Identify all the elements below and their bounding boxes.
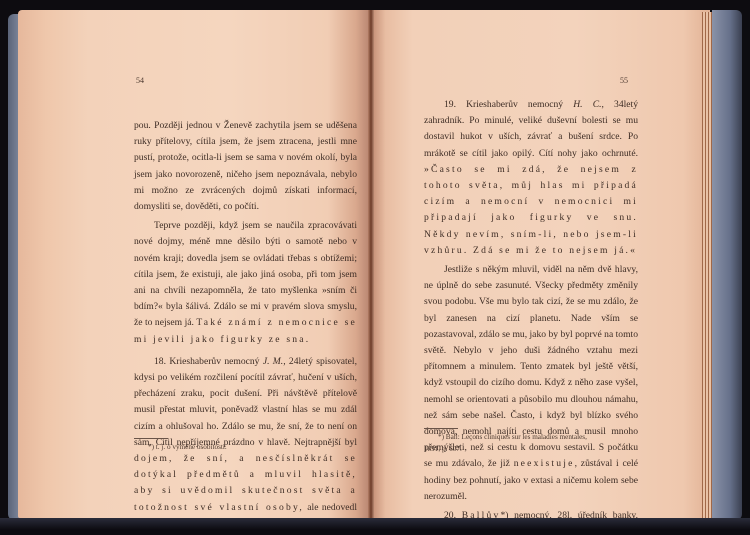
footnote-rule [424, 428, 458, 429]
footnote-line: *) Ball: Leçons cliniques sur les maladi… [424, 431, 640, 443]
paragraph-text: 18. Krieshaberův nemocný [154, 356, 259, 367]
spaced-emphasis-text: neexistuje [514, 458, 575, 469]
paragraph-text: 19. Krieshaberův nemocný [444, 99, 563, 110]
patient-initials: J. M. [263, 356, 283, 367]
right-page-number: 55 [620, 76, 628, 85]
footnote-rule [134, 438, 168, 439]
left-page-body: pou. Později jednou v Ženevě zachytila j… [134, 118, 357, 535]
page-stack-edges [702, 12, 712, 520]
right-footnote: *) Ball: Leçons cliniques sur les maladi… [424, 431, 640, 455]
paragraph-text: Teprve později, když jsem se naučila zpr… [134, 220, 357, 328]
book-cover-right-edge [712, 10, 742, 520]
left-footnote: *) t. j. o výměně osobitosti. [148, 441, 227, 453]
paragraph: Teprve později, když jsem se naučila zpr… [134, 218, 357, 348]
paragraph: pou. Později jednou v Ženevě zachytila j… [134, 118, 357, 215]
paragraph: Jestliže s někým mluvil, viděl na něm dv… [424, 262, 638, 505]
paragraph-text: , 24letý spisovatel, kdysi po velikém ro… [134, 356, 357, 448]
left-page-number: 54 [136, 76, 144, 85]
right-page-body: 19. Krieshaberův nemocný H. C., 34letý z… [424, 97, 638, 535]
spaced-quote-text: »Často se mi zdá, že nejsem z tohoto svě… [424, 164, 638, 256]
patient-initials: H. C. [573, 99, 601, 110]
paragraph: 19. Krieshaberův nemocný H. C., 34letý z… [424, 97, 638, 259]
footnote-line: 1891, p. 607. [424, 443, 640, 455]
table-surface-shadow [0, 518, 750, 535]
book-gutter [368, 10, 374, 520]
